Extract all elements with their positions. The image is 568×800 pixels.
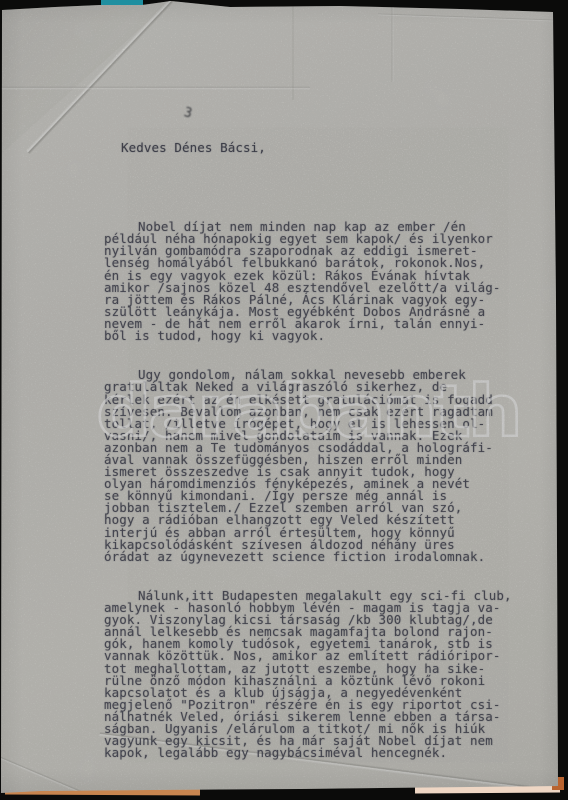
fold-crease-center-top xyxy=(292,5,294,100)
fold-crease-horizontal xyxy=(0,86,310,90)
darabanth-watermark: darabanth xyxy=(92,371,524,454)
letter-sheet: 3 Kedves Dénes Bácsi, Nobel díjat nem mi… xyxy=(0,0,568,800)
fold-crease-bottom-left xyxy=(0,755,85,796)
letter-body: Nobel díjat nem minden nap kap az ember … xyxy=(104,197,514,784)
letter-paragraph-3: Nálunk,itt Budapesten megalakult egy sci… xyxy=(104,590,514,759)
scanned-letter-photo: 3 Kedves Dénes Bácsi, Nobel díjat nem mi… xyxy=(0,0,568,800)
letter-greeting: Kedves Dénes Bácsi, xyxy=(121,140,266,155)
letter-paragraph-1: Nobel díjat nem minden nap kap az ember … xyxy=(104,221,514,342)
fold-crease-top-right xyxy=(378,13,554,22)
ink-blot: 3 xyxy=(182,105,193,121)
